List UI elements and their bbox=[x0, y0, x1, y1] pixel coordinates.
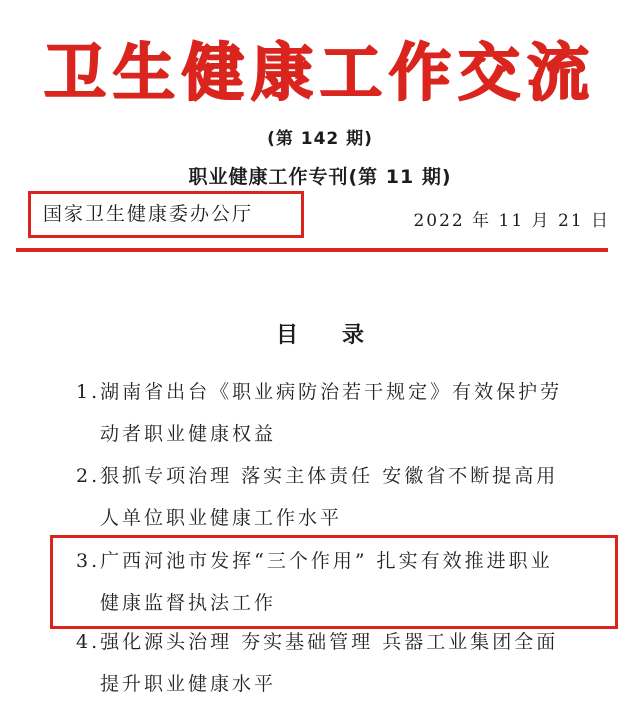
highlight-box-organization: 国家卫生健康委办公厅 bbox=[28, 191, 304, 238]
toc-item-1-line-2: 动者职业健康权益 bbox=[0, 413, 640, 455]
publication-row: 国家卫生健康委办公厅 2022 年 11 月 21 日 bbox=[28, 191, 610, 238]
toc-item-4: 4.强化源头治理 夯实基础管理 兵器工业集团全面 提升职业健康水平 bbox=[0, 621, 640, 705]
toc-item-2: 2.狠抓专项治理 落实主体责任 安徽省不断提高用 人单位职业健康工作水平 bbox=[0, 455, 640, 539]
toc-item-2-line-1: 2.狠抓专项治理 落实主体责任 安徽省不断提高用 bbox=[0, 455, 640, 497]
highlight-box-toc-item-3: 3.广西河池市发挥“三个作用” 扎实有效推进职业 健康监督执法工作 bbox=[50, 535, 618, 629]
masthead-title: 卫生健康工作交流 bbox=[0, 0, 640, 105]
toc-heading: 目 录 bbox=[0, 318, 640, 349]
issuing-organization: 国家卫生健康委办公厅 bbox=[43, 203, 253, 225]
toc-item-3-line-2: 健康监督执法工作 bbox=[53, 582, 615, 624]
toc-list: 1.湖南省出台《职业病防治若干规定》有效保护劳 动者职业健康权益 2.狠抓专项治… bbox=[0, 371, 640, 705]
header-divider bbox=[16, 248, 608, 252]
toc-item-4-line-1: 4.强化源头治理 夯实基础管理 兵器工业集团全面 bbox=[0, 621, 640, 663]
toc-item-1: 1.湖南省出台《职业病防治若干规定》有效保护劳 动者职业健康权益 bbox=[0, 371, 640, 455]
special-issue-title: 职业健康工作专刊(第 11 期) bbox=[0, 162, 640, 189]
toc-item-2-line-2: 人单位职业健康工作水平 bbox=[0, 497, 640, 539]
publication-date: 2022 年 11 月 21 日 bbox=[413, 198, 610, 231]
toc-item-3-line-1: 3.广西河池市发挥“三个作用” 扎实有效推进职业 bbox=[53, 540, 615, 582]
bulletin-page: 卫生健康工作交流 (第 142 期) 职业健康工作专刊(第 11 期) 国家卫生… bbox=[0, 0, 640, 717]
toc-item-1-line-1: 1.湖南省出台《职业病防治若干规定》有效保护劳 bbox=[0, 371, 640, 413]
toc-item-4-line-2: 提升职业健康水平 bbox=[0, 663, 640, 705]
issue-number: (第 142 期) bbox=[0, 124, 640, 149]
